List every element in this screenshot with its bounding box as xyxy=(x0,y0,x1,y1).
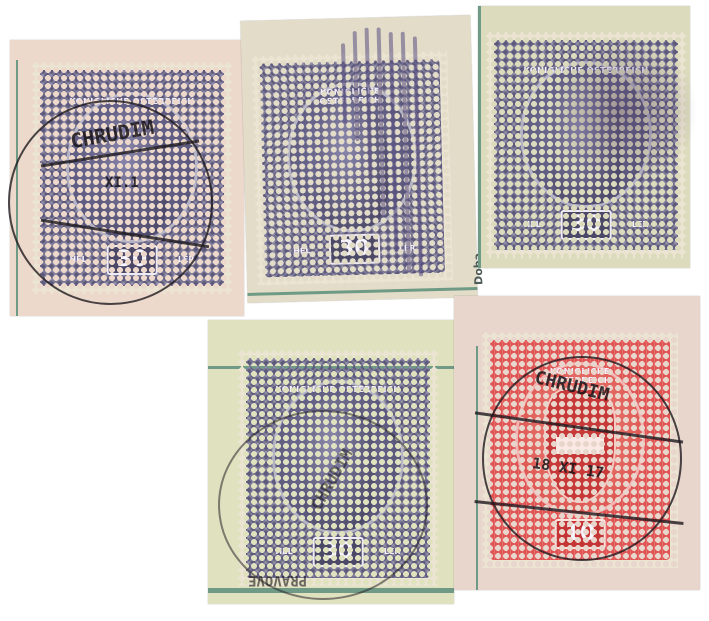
paper-fragment-4: KONIGLICHE OSTERREICH HEL LER 30 CHRUDIM… xyxy=(208,320,454,604)
heller-left: HEL xyxy=(523,220,540,229)
heller-right: LER xyxy=(632,220,649,229)
roller-cancel xyxy=(340,21,457,284)
margin-line xyxy=(476,346,478,590)
denomination: 30 xyxy=(561,210,612,240)
margin-line xyxy=(247,287,477,296)
postmark-bottom: PRAVOVE xyxy=(248,572,307,588)
heller-left: HEL xyxy=(293,246,310,255)
postmark-smudge xyxy=(548,36,698,186)
paper-fragment-5: KONIGLICHE OSTERREICH 10 CHRUDIM 18 XI 1… xyxy=(454,296,700,590)
inscription: KONIGLICHE OSTERREICH xyxy=(275,385,401,394)
paper-fragment-1: KONIGLICHE OSTERREICH HEL LER 30 CHRUDIM… xyxy=(10,40,244,316)
margin-line xyxy=(478,6,481,268)
paper-fragment-2: KONIGLICHE OSTERREICH HEL LER 30 Doba xyxy=(240,15,477,303)
paper-fragment-3: KONIGLICHE OSTERREICH HEL LER 30 xyxy=(478,6,690,268)
postmark-date: XI.1 xyxy=(105,175,139,191)
